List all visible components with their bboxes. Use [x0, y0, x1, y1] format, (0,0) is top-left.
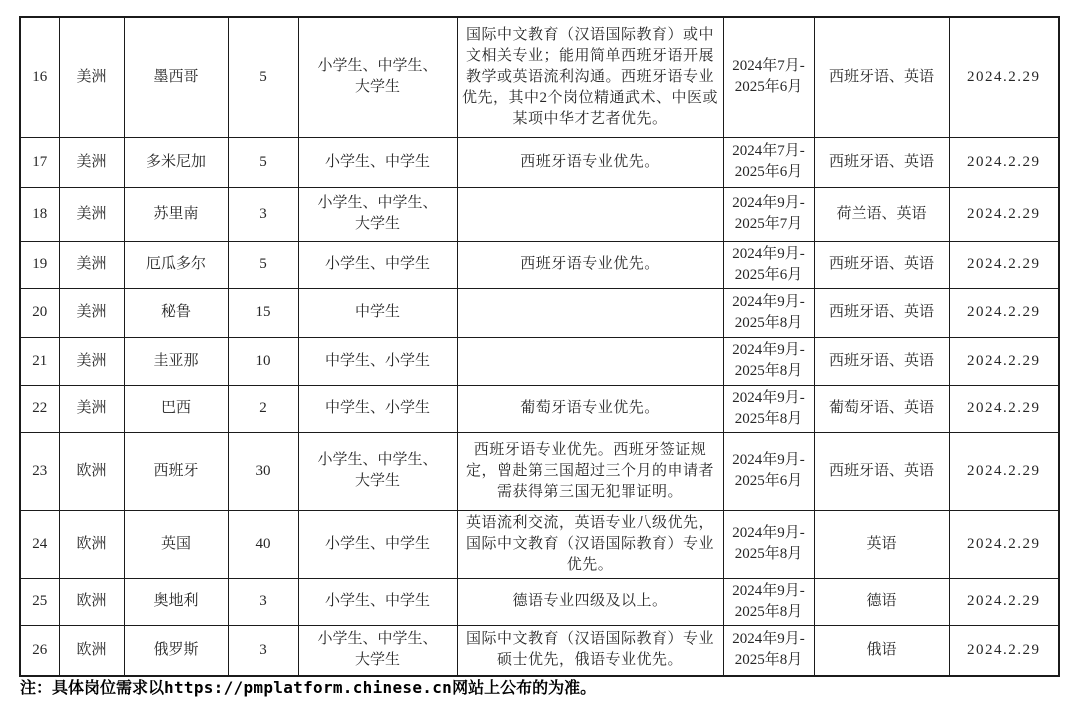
- cell-count: 2: [228, 385, 298, 432]
- cell-date: 2024.2.29: [949, 385, 1059, 432]
- cell-students: 小学生、中学生、 大学生: [298, 187, 457, 241]
- cell-region: 欧洲: [59, 578, 124, 625]
- footnote-url: https://pmplatform.chinese.cn: [164, 678, 452, 697]
- table-row: 19美洲厄瓜多尔5小学生、中学生西班牙语专业优先。2024年9月- 2025年6…: [20, 241, 1059, 288]
- cell-languages: 俄语: [814, 625, 949, 676]
- cell-region: 美洲: [59, 187, 124, 241]
- cell-languages: 荷兰语、英语: [814, 187, 949, 241]
- recruitment-positions-table: 16美洲墨西哥5小学生、中学生、 大学生国际中文教育（汉语国际教育）或中文相关专…: [19, 16, 1060, 677]
- cell-students: 小学生、中学生: [298, 578, 457, 625]
- cell-country: 厄瓜多尔: [124, 241, 228, 288]
- footnote-prefix: 注：具体岗位需求以: [20, 678, 164, 697]
- cell-period: 2024年9月- 2025年8月: [723, 385, 814, 432]
- cell-period: 2024年7月- 2025年6月: [723, 17, 814, 137]
- cell-country: 多米尼加: [124, 137, 228, 187]
- cell-date: 2024.2.29: [949, 17, 1059, 137]
- cell-students: 中学生: [298, 288, 457, 337]
- table-row: 16美洲墨西哥5小学生、中学生、 大学生国际中文教育（汉语国际教育）或中文相关专…: [20, 17, 1059, 137]
- cell-region: 美洲: [59, 385, 124, 432]
- table-row: 26欧洲俄罗斯3小学生、中学生、 大学生国际中文教育（汉语国际教育）专业硕士优先…: [20, 625, 1059, 676]
- table-row: 25欧洲奥地利3小学生、中学生德语专业四级及以上。2024年9月- 2025年8…: [20, 578, 1059, 625]
- cell-date: 2024.2.29: [949, 578, 1059, 625]
- cell-count: 40: [228, 510, 298, 578]
- cell-no: 20: [20, 288, 59, 337]
- table-row: 24欧洲英国40小学生、中学生英语流利交流，英语专业八级优先，国际中文教育（汉语…: [20, 510, 1059, 578]
- cell-requirements: 西班牙语专业优先。: [457, 137, 723, 187]
- cell-count: 15: [228, 288, 298, 337]
- cell-period: 2024年9月- 2025年7月: [723, 187, 814, 241]
- cell-period: 2024年9月- 2025年8月: [723, 510, 814, 578]
- cell-languages: 德语: [814, 578, 949, 625]
- cell-country: 俄罗斯: [124, 625, 228, 676]
- cell-students: 小学生、中学生、 大学生: [298, 432, 457, 510]
- cell-count: 3: [228, 578, 298, 625]
- footnote: 注：具体岗位需求以https://pmplatform.chinese.cn网站…: [20, 677, 596, 699]
- cell-country: 西班牙: [124, 432, 228, 510]
- cell-requirements: [457, 337, 723, 385]
- cell-students: 小学生、中学生、 大学生: [298, 625, 457, 676]
- cell-requirements: 德语专业四级及以上。: [457, 578, 723, 625]
- table-row: 21美洲圭亚那10中学生、小学生2024年9月- 2025年8月西班牙语、英语2…: [20, 337, 1059, 385]
- footnote-suffix: 网站上公布的为准。: [452, 678, 596, 697]
- cell-requirements: 西班牙语专业优先。: [457, 241, 723, 288]
- cell-languages: 西班牙语、英语: [814, 432, 949, 510]
- cell-no: 25: [20, 578, 59, 625]
- cell-students: 小学生、中学生: [298, 137, 457, 187]
- cell-period: 2024年9月- 2025年8月: [723, 625, 814, 676]
- cell-count: 3: [228, 625, 298, 676]
- cell-no: 21: [20, 337, 59, 385]
- cell-period: 2024年9月- 2025年6月: [723, 432, 814, 510]
- cell-students: 小学生、中学生: [298, 241, 457, 288]
- cell-requirements: 国际中文教育（汉语国际教育）专业硕士优先，俄语专业优先。: [457, 625, 723, 676]
- cell-requirements: [457, 187, 723, 241]
- cell-region: 欧洲: [59, 432, 124, 510]
- cell-count: 5: [228, 137, 298, 187]
- cell-country: 巴西: [124, 385, 228, 432]
- cell-region: 美洲: [59, 137, 124, 187]
- cell-no: 26: [20, 625, 59, 676]
- cell-count: 5: [228, 17, 298, 137]
- cell-requirements: 西班牙语专业优先。西班牙签证规定，曾赴第三国超过三个月的申请者需获得第三国无犯罪…: [457, 432, 723, 510]
- cell-count: 3: [228, 187, 298, 241]
- cell-region: 美洲: [59, 241, 124, 288]
- cell-languages: 葡萄牙语、英语: [814, 385, 949, 432]
- cell-requirements: 国际中文教育（汉语国际教育）或中文相关专业；能用简单西班牙语开展教学或英语流利沟…: [457, 17, 723, 137]
- cell-date: 2024.2.29: [949, 337, 1059, 385]
- cell-no: 23: [20, 432, 59, 510]
- cell-country: 苏里南: [124, 187, 228, 241]
- cell-requirements: [457, 288, 723, 337]
- cell-country: 奥地利: [124, 578, 228, 625]
- cell-date: 2024.2.29: [949, 510, 1059, 578]
- cell-students: 中学生、小学生: [298, 337, 457, 385]
- table-body: 16美洲墨西哥5小学生、中学生、 大学生国际中文教育（汉语国际教育）或中文相关专…: [20, 17, 1059, 676]
- cell-count: 30: [228, 432, 298, 510]
- cell-languages: 西班牙语、英语: [814, 137, 949, 187]
- cell-languages: 英语: [814, 510, 949, 578]
- cell-region: 美洲: [59, 17, 124, 137]
- cell-period: 2024年9月- 2025年8月: [723, 337, 814, 385]
- cell-date: 2024.2.29: [949, 137, 1059, 187]
- document-page: 16美洲墨西哥5小学生、中学生、 大学生国际中文教育（汉语国际教育）或中文相关专…: [0, 0, 1080, 710]
- cell-country: 英国: [124, 510, 228, 578]
- cell-languages: 西班牙语、英语: [814, 288, 949, 337]
- cell-no: 22: [20, 385, 59, 432]
- table-row: 17美洲多米尼加5小学生、中学生西班牙语专业优先。2024年7月- 2025年6…: [20, 137, 1059, 187]
- cell-date: 2024.2.29: [949, 288, 1059, 337]
- cell-no: 17: [20, 137, 59, 187]
- cell-date: 2024.2.29: [949, 241, 1059, 288]
- cell-region: 美洲: [59, 288, 124, 337]
- cell-region: 欧洲: [59, 510, 124, 578]
- cell-no: 18: [20, 187, 59, 241]
- cell-students: 小学生、中学生: [298, 510, 457, 578]
- cell-no: 24: [20, 510, 59, 578]
- cell-requirements: 葡萄牙语专业优先。: [457, 385, 723, 432]
- cell-region: 欧洲: [59, 625, 124, 676]
- cell-no: 16: [20, 17, 59, 137]
- cell-students: 中学生、小学生: [298, 385, 457, 432]
- table-row: 23欧洲西班牙30小学生、中学生、 大学生西班牙语专业优先。西班牙签证规定，曾赴…: [20, 432, 1059, 510]
- cell-country: 墨西哥: [124, 17, 228, 137]
- cell-date: 2024.2.29: [949, 187, 1059, 241]
- cell-students: 小学生、中学生、 大学生: [298, 17, 457, 137]
- table-row: 20美洲秘鲁15中学生2024年9月- 2025年8月西班牙语、英语2024.2…: [20, 288, 1059, 337]
- cell-region: 美洲: [59, 337, 124, 385]
- cell-period: 2024年9月- 2025年8月: [723, 578, 814, 625]
- cell-country: 秘鲁: [124, 288, 228, 337]
- cell-languages: 西班牙语、英语: [814, 17, 949, 137]
- cell-count: 10: [228, 337, 298, 385]
- cell-requirements: 英语流利交流，英语专业八级优先，国际中文教育（汉语国际教育）专业优先。: [457, 510, 723, 578]
- table-row: 18美洲苏里南3小学生、中学生、 大学生2024年9月- 2025年7月荷兰语、…: [20, 187, 1059, 241]
- table-row: 22美洲巴西2中学生、小学生葡萄牙语专业优先。2024年9月- 2025年8月葡…: [20, 385, 1059, 432]
- cell-date: 2024.2.29: [949, 432, 1059, 510]
- cell-languages: 西班牙语、英语: [814, 337, 949, 385]
- cell-date: 2024.2.29: [949, 625, 1059, 676]
- cell-languages: 西班牙语、英语: [814, 241, 949, 288]
- cell-count: 5: [228, 241, 298, 288]
- cell-period: 2024年7月- 2025年6月: [723, 137, 814, 187]
- cell-period: 2024年9月- 2025年6月: [723, 241, 814, 288]
- cell-period: 2024年9月- 2025年8月: [723, 288, 814, 337]
- cell-no: 19: [20, 241, 59, 288]
- cell-country: 圭亚那: [124, 337, 228, 385]
